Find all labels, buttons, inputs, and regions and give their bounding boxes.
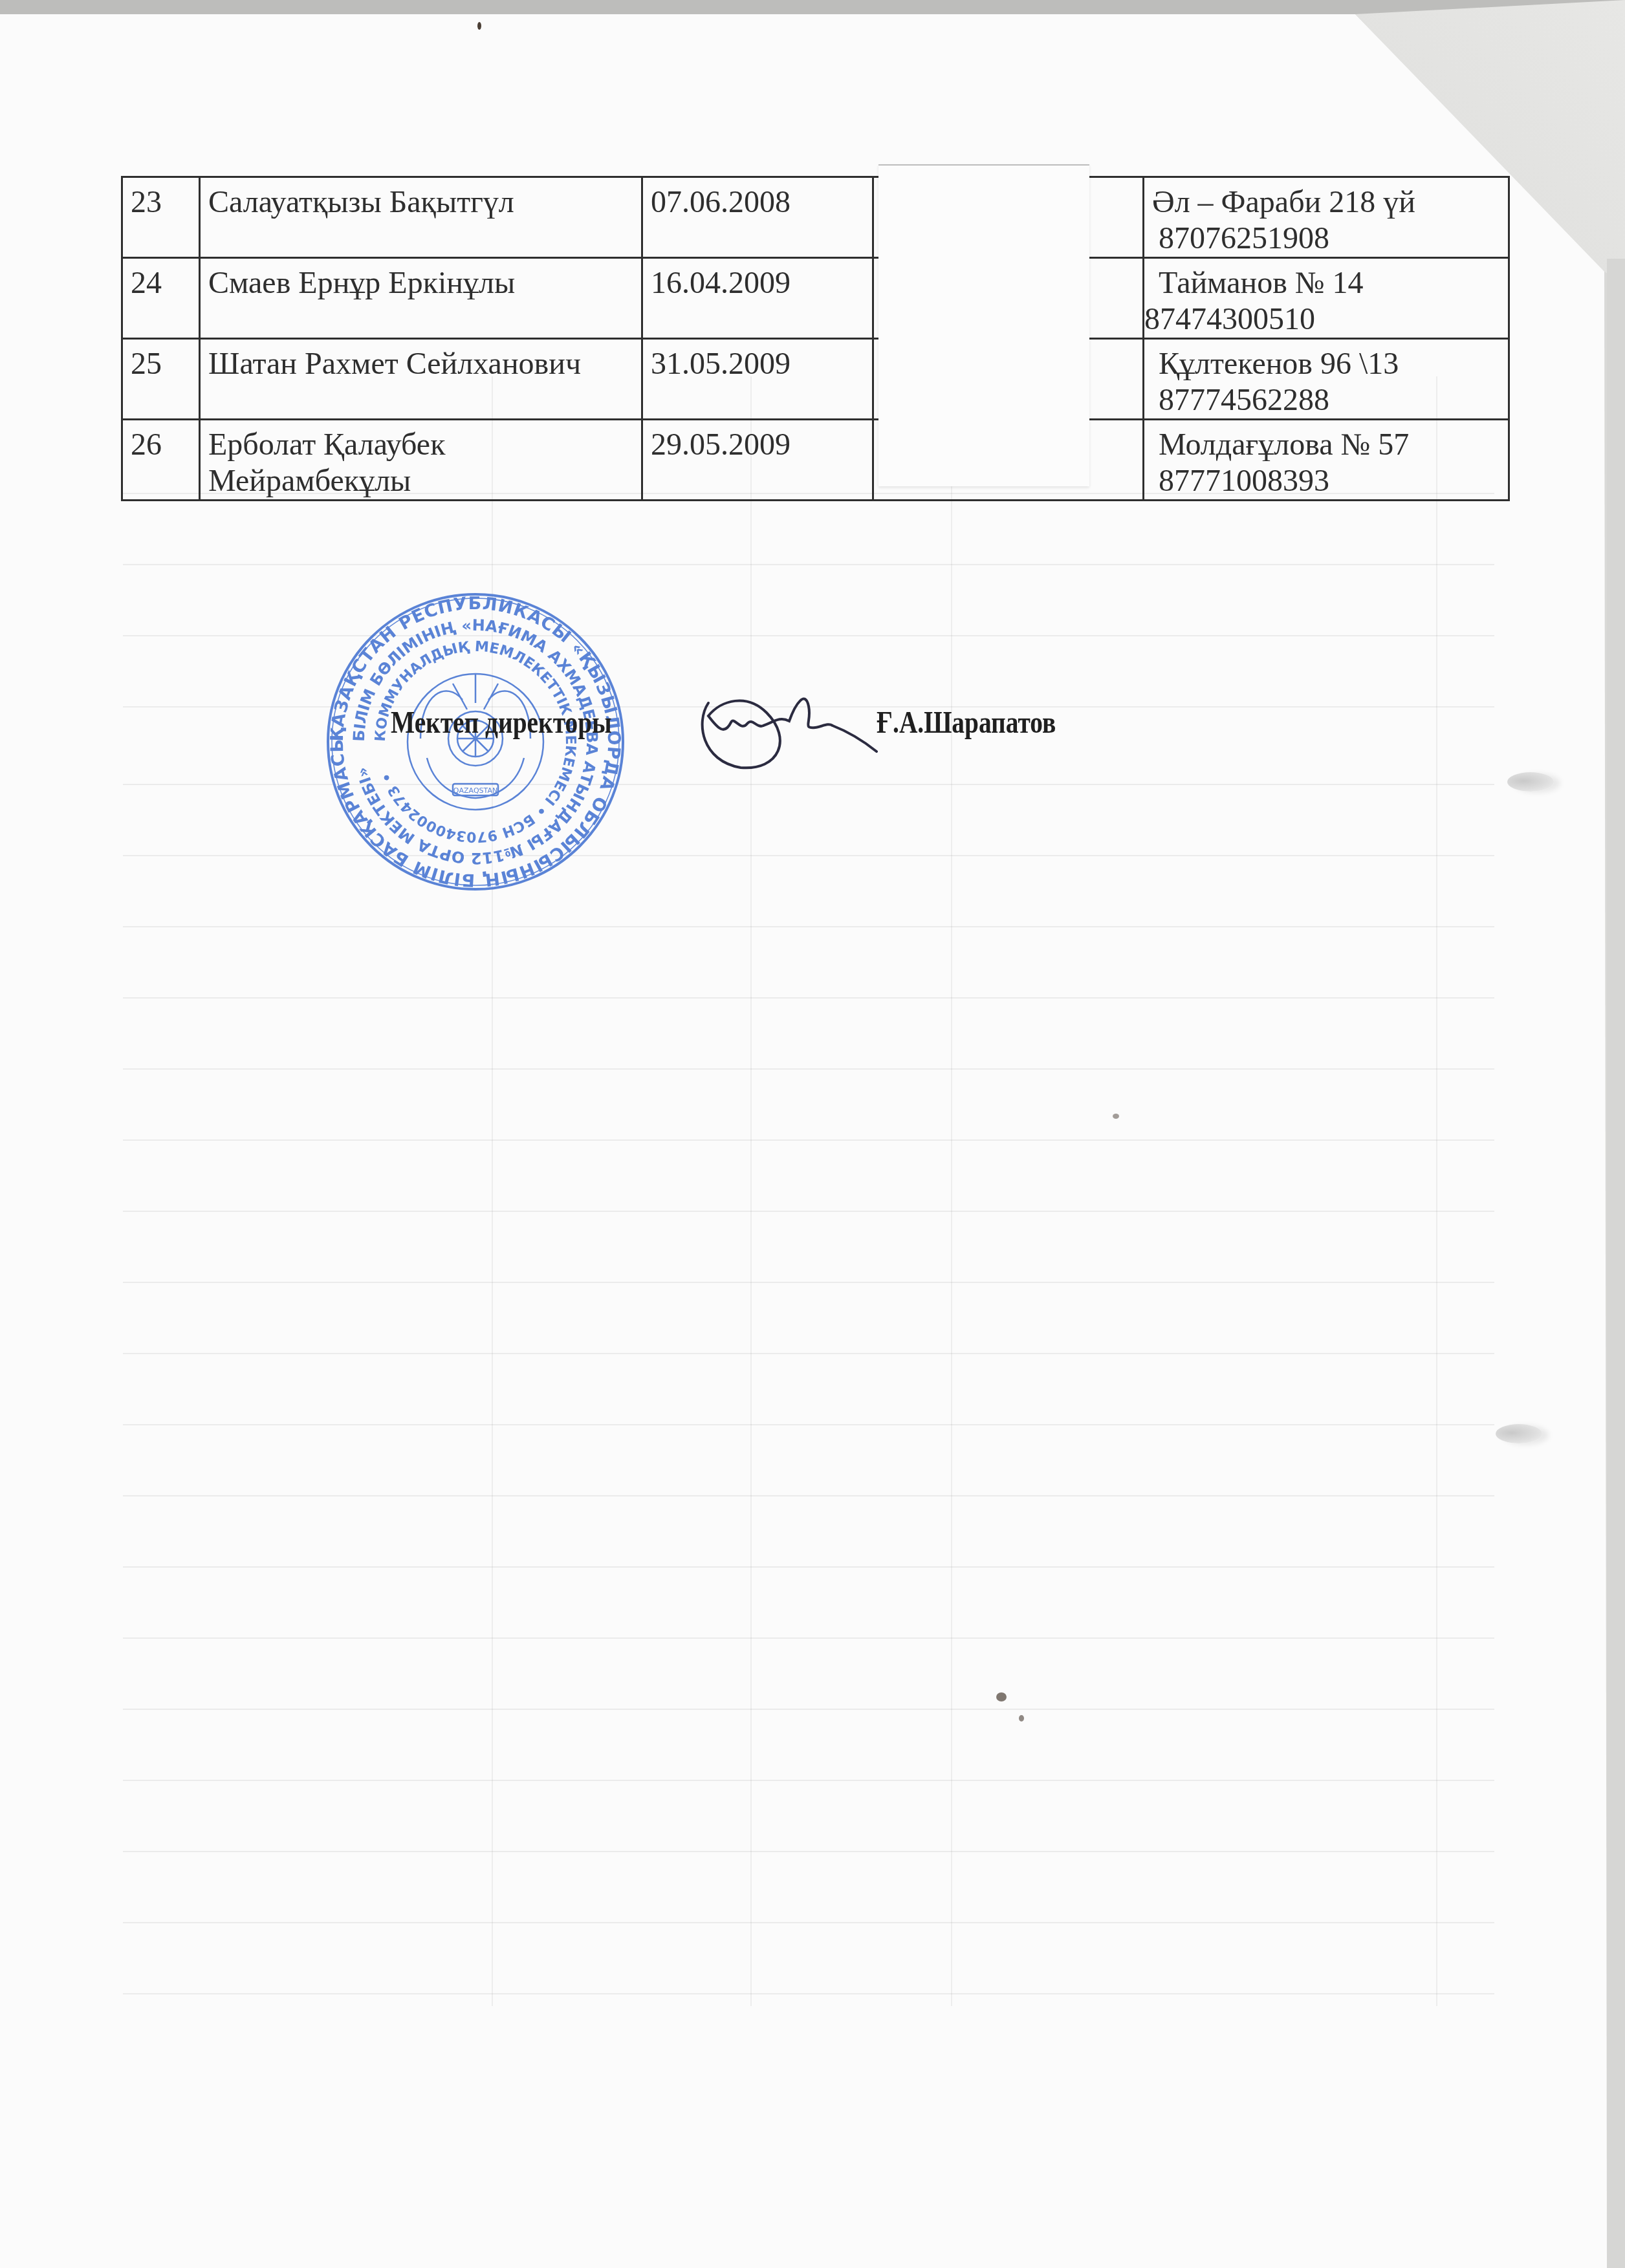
bleed-through-line xyxy=(123,1424,1494,1425)
student-name: Салауатқызы Бақытгүл xyxy=(200,177,642,258)
bleed-through-line xyxy=(123,1495,1494,1496)
student-name: Смаев Ернұр Еркінұлы xyxy=(200,258,642,339)
table-row: 23 Салауатқызы Бақытгүл 07.06.2008 Әл – … xyxy=(122,177,1509,258)
address-cell: Әл – Фараби 218 үй 87076251908 xyxy=(1144,177,1509,258)
address: Тайманов № 14 xyxy=(1152,265,1500,301)
bleed-through-line xyxy=(123,1637,1494,1639)
bleed-through-line xyxy=(750,376,752,2006)
table-row: 24 Смаев Ернұр Еркінұлы 16.04.2009 Тайма… xyxy=(122,258,1509,339)
birth-date: 16.04.2009 xyxy=(642,258,873,339)
scanned-page: ҚАЗАҚСТАН РЕСПУБЛИКАСЫ «ҚЫЗЫЛОРДА ОБЛЫСЫ… xyxy=(0,14,1616,2268)
row-number: 25 xyxy=(122,339,200,420)
address-cell: Құлтекенов 96 \13 87774562288 xyxy=(1144,339,1509,420)
address-cell: Тайманов № 14 87474300510 xyxy=(1144,258,1509,339)
address: Молдағұлова № 57 xyxy=(1152,427,1500,463)
address: Құлтекенов 96 \13 xyxy=(1152,346,1500,382)
bleed-through-line xyxy=(123,1139,1494,1141)
bleed-through-line xyxy=(123,1566,1494,1568)
bleed-through-line xyxy=(123,564,1494,565)
dust-speck xyxy=(1113,1114,1119,1119)
punch-hole xyxy=(1496,1424,1542,1443)
punch-hole xyxy=(1507,772,1554,792)
director-title: Мектеп директоры xyxy=(391,705,612,740)
dust-speck xyxy=(996,1692,1007,1701)
handwritten-signature xyxy=(682,677,889,774)
phone: 87771008393 xyxy=(1152,463,1500,499)
bleed-through-line xyxy=(123,1922,1494,1923)
bleed-through-line xyxy=(951,376,952,2006)
student-name: Шатан Рахмет Сейлханович xyxy=(200,339,642,420)
redaction-patch xyxy=(878,164,1089,486)
bleed-through-line xyxy=(123,997,1494,999)
bleed-through-line xyxy=(123,1709,1494,1710)
bleed-through-line xyxy=(123,1211,1494,1212)
birth-date: 07.06.2008 xyxy=(642,177,873,258)
bleed-through-line xyxy=(123,1282,1494,1283)
dust-speck xyxy=(477,22,481,30)
dust-speck xyxy=(1019,1715,1024,1722)
stamp-emblem-label: QAZAQSTAN xyxy=(453,786,497,795)
official-stamp: ҚАЗАҚСТАН РЕСПУБЛИКАСЫ «ҚЫЗЫЛОРДА ОБЛЫСЫ… xyxy=(323,590,627,894)
scanner-top-edge xyxy=(0,0,1625,14)
director-name: Ғ.А.Шарапатов xyxy=(877,705,1056,740)
bleed-through-line xyxy=(123,1068,1494,1070)
bleed-through-line xyxy=(123,1780,1494,1781)
birth-date: 29.05.2009 xyxy=(642,420,873,501)
row-number: 23 xyxy=(122,177,200,258)
bleed-through-line xyxy=(123,1993,1494,1994)
row-number: 26 xyxy=(122,420,200,501)
bleed-through-line xyxy=(123,1353,1494,1354)
row-number: 24 xyxy=(122,258,200,339)
address-cell: Молдағұлова № 57 87771008393 xyxy=(1144,420,1509,501)
table-row: 25 Шатан Рахмет Сейлханович 31.05.2009 Қ… xyxy=(122,339,1509,420)
bleed-through-line xyxy=(123,1851,1494,1852)
phone: 87076251908 xyxy=(1152,221,1500,257)
student-name: Ерболат Қалаубек Мейрамбекұлы xyxy=(200,420,642,501)
scanner-right-edge xyxy=(1607,259,1625,2268)
birth-date: 31.05.2009 xyxy=(642,339,873,420)
bleed-through-line xyxy=(123,926,1494,927)
table-row: 26 Ерболат Қалаубек Мейрамбекұлы 29.05.2… xyxy=(122,420,1509,501)
student-table: 23 Салауатқызы Бақытгүл 07.06.2008 Әл – … xyxy=(121,176,1510,501)
bleed-through-line xyxy=(1436,376,1437,2006)
address: Әл – Фараби 218 үй xyxy=(1152,184,1500,221)
phone: 87774562288 xyxy=(1152,382,1500,418)
phone: 87474300510 xyxy=(1144,301,1500,338)
